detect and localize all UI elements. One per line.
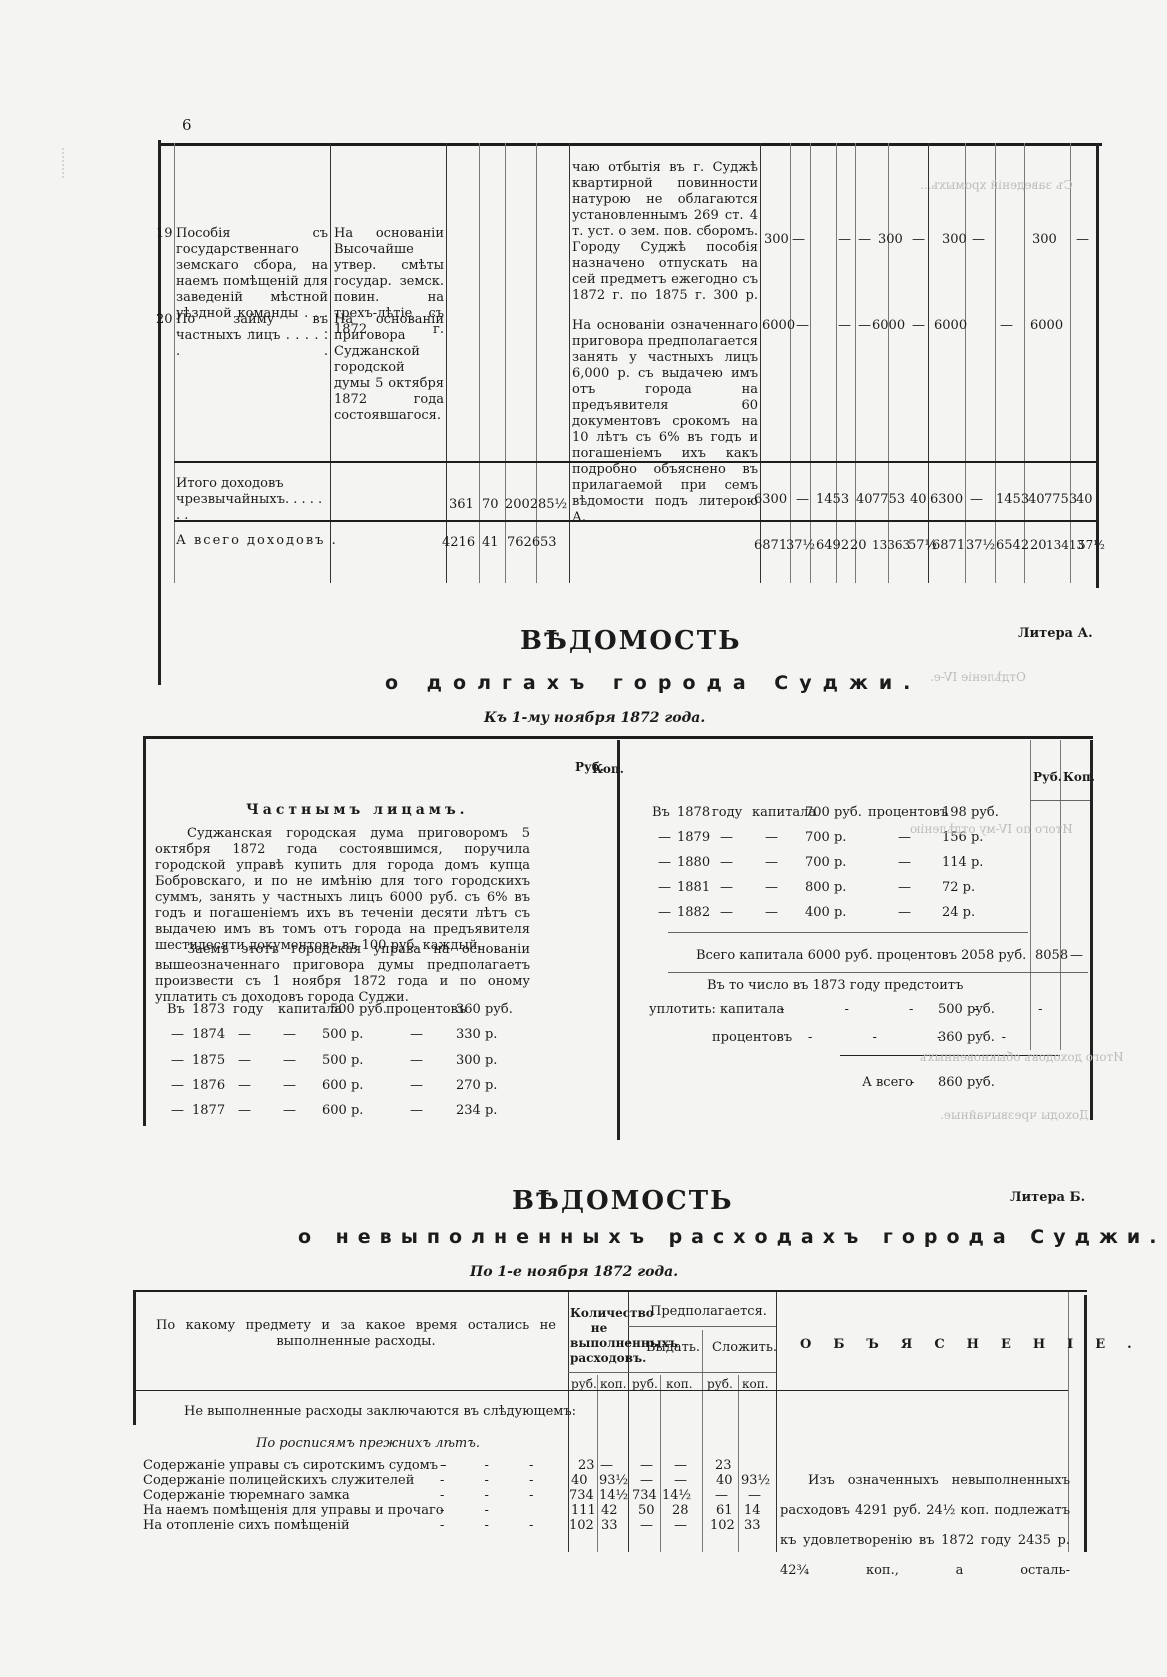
total-value: 2002 [505, 497, 538, 512]
schedule-interest: 330 р. [456, 1027, 497, 1043]
schedule-year: 1875 [192, 1053, 225, 1069]
bleedthrough-text: Отдѣленіе IV-е. [930, 670, 1026, 684]
cell-value: — [858, 318, 871, 333]
schedule-prefix: — [171, 1078, 184, 1094]
schedule-prefix: — [171, 1053, 184, 1069]
statement-date: По 1-е ноября 1872 года. [470, 1264, 678, 1280]
total-value: 85½ [538, 497, 567, 512]
schedule-word: — [410, 1027, 423, 1043]
cell-value: — [858, 232, 871, 247]
cell-value: 6000 [1030, 318, 1063, 333]
row-number: 19 [156, 226, 173, 242]
schedule-capital: 700 р. [805, 830, 846, 846]
cell-value: — [600, 1458, 613, 1473]
total-value: — [796, 492, 809, 507]
schedule-word: процентовъ [386, 1002, 466, 1018]
cell-value: 111 [571, 1503, 596, 1518]
total-rub: 8058 [1035, 948, 1068, 964]
schedule-word: процентовъ [868, 805, 948, 821]
row-basis: На основаніи приговора Суджанской городс… [334, 312, 444, 424]
expense-row-label: На наемъ помѣщенія для управы и прочаго [143, 1503, 444, 1519]
schedule-word: — [238, 1078, 251, 1094]
expense-row-label: Содержаніе управы съ сиротскимъ судомъ - [143, 1458, 447, 1474]
schedule-prefix: — [658, 905, 671, 921]
total-value: 6542 [996, 538, 1029, 553]
total-value: 6492 [816, 538, 849, 553]
schedule-prefix: — [658, 830, 671, 846]
col-kop: коп. [600, 1377, 627, 1392]
schedule-word: — [765, 830, 778, 846]
col-planned-header: Предполагается. [650, 1304, 767, 1320]
cell-value: 93½ [599, 1473, 628, 1488]
schedule-year: 1879 [677, 830, 710, 846]
total-extraordinary-label: Итого доходовъ чрезвычайныхъ. . . . . . … [176, 476, 326, 524]
total-value: 6871 [754, 538, 787, 553]
col-rub: Руб. [1033, 770, 1062, 785]
schedule-word: — [238, 1027, 251, 1043]
schedule-word: — [283, 1053, 296, 1069]
schedule-prefix: — [658, 880, 671, 896]
total-value: 40 [1028, 492, 1045, 507]
total-value: 6300 [754, 492, 787, 507]
grand-total-label: А всего доходовъ . [176, 533, 338, 549]
cell-value: — [972, 232, 985, 247]
cell-value: 300 [878, 232, 903, 247]
cell-value: — [838, 318, 851, 333]
schedule-word: — [720, 880, 733, 896]
schedule-word: — [720, 830, 733, 846]
cell-value: — [640, 1518, 653, 1533]
schedule-year: 1873 [192, 1002, 225, 1018]
loan-paragraph-1: Суджанская городская дума приговоромъ 5 … [155, 826, 530, 954]
cell-value: 23 [578, 1458, 595, 1473]
literal-label: Литера Б. [1010, 1190, 1085, 1205]
schedule-capital: 400 р. [805, 905, 846, 921]
total-value: 70 [482, 497, 499, 512]
cell-value: — [674, 1518, 687, 1533]
cell-value: 300 [942, 232, 967, 247]
schedule-word: — [238, 1103, 251, 1119]
total-line: Всего капитала 6000 руб. процентовъ 2058… [696, 948, 1026, 964]
schedule-word: — [898, 905, 911, 921]
col-give-header: Выдать. [646, 1340, 700, 1356]
cell-value: 14½ [599, 1488, 628, 1503]
cell-value: — [674, 1473, 687, 1488]
bleedthrough-text: Съ заведеній хромыхъ... [920, 178, 1073, 192]
total-value: 4216 [442, 535, 475, 550]
schedule-interest: 72 р. [942, 880, 975, 896]
schedule-word: — [283, 1103, 296, 1119]
cell-value: — [792, 232, 805, 247]
cell-value: 40 [716, 1473, 733, 1488]
schedule-year: 1882 [677, 905, 710, 921]
total-value: 361 [449, 497, 474, 512]
schedule-prefix: Въ [167, 1002, 185, 1018]
schedule-word: — [765, 880, 778, 896]
schedule-capital: 500 р. [322, 1027, 363, 1043]
bleedthrough-text: Доходы чрезвычайные. [940, 1108, 1089, 1122]
pay-capital-value: 500 руб. [938, 1002, 995, 1018]
schedule-word: — [238, 1053, 251, 1069]
cell-value: — [1076, 232, 1089, 247]
schedule-capital: 500 р. [322, 1053, 363, 1069]
total-value: 13363 [872, 538, 910, 552]
total-value: 7753 [1044, 492, 1077, 507]
col-quantity-header: Количество не выполненныхъ расходовъ. [570, 1306, 628, 1366]
section-heading: По росписямъ прежнихъ лѣтъ. [256, 1436, 480, 1452]
total-value: 37½ [786, 538, 815, 553]
col-kop-left: Коп. [592, 762, 624, 777]
cell-value: 33 [601, 1518, 618, 1533]
col-rub: руб. [707, 1377, 733, 1392]
cell-value: 33 [744, 1518, 761, 1533]
col-rub: руб. [632, 1377, 658, 1392]
schedule-interest: 24 р. [942, 905, 975, 921]
schedule-year: 1876 [192, 1078, 225, 1094]
expense-row-label: На отопленіе сихъ помѣщеній [143, 1518, 350, 1534]
col-rub: руб. [571, 1377, 597, 1392]
schedule-word: — [765, 855, 778, 871]
schedule-word: году [712, 805, 742, 821]
cell-value: 300 [1032, 232, 1057, 247]
cell-value: — [796, 318, 809, 333]
schedule-capital: 600 р. [322, 1078, 363, 1094]
col-subject-header: По какому предмету и за какое время оста… [156, 1318, 556, 1350]
bleedthrough-text: Итого по IV-му отдѣленію [910, 822, 1073, 836]
col-kop: Коп. [1063, 770, 1095, 785]
schedule-word: — [898, 880, 911, 896]
schedule-capital: 500 руб. [330, 1002, 387, 1018]
section-heading: Частнымъ лицамъ. [246, 802, 469, 818]
total-value: 20 [1030, 538, 1047, 553]
pay-interest-label: процентовъ [712, 1030, 792, 1046]
col-kop: коп. [742, 1377, 769, 1392]
schedule-word: — [283, 1078, 296, 1094]
cell-value: 6000 [762, 318, 795, 333]
cell-value: 14 [744, 1503, 761, 1518]
loan-paragraph-2: Заемъ этотъ городская управа на основані… [155, 942, 530, 1006]
col-explanation-header: ОБЪЯСНЕНІЕ. [800, 1337, 1154, 1353]
schedule-word: — [720, 855, 733, 871]
cell-value: — [640, 1473, 653, 1488]
schedule-year: 1878 [677, 805, 710, 821]
schedule-capital: 600 р. [322, 1103, 363, 1119]
cell-value: 300 [764, 232, 789, 247]
cell-value: 40 [571, 1473, 588, 1488]
total-value: 20 [850, 538, 867, 553]
total-value: 1453 [816, 492, 849, 507]
cell-value: — [674, 1458, 687, 1473]
bleedthrough-text: Итого доходовъ обыкновенныхъ [920, 1050, 1124, 1064]
total-value: 6300 [930, 492, 963, 507]
schedule-word: — [410, 1103, 423, 1119]
grand-total-value: 860 руб. [938, 1075, 995, 1091]
total-value: 40 [910, 492, 927, 507]
total-value: 37½ [966, 538, 995, 553]
statement-subtitle: о долгахъ города Суджи. [385, 672, 921, 694]
total-value: 7753 [872, 492, 905, 507]
schedule-word: — [283, 1027, 296, 1043]
schedule-interest: 198 руб. [942, 805, 999, 821]
schedule-interest: 300 р. [456, 1053, 497, 1069]
total-value: — [970, 492, 983, 507]
schedule-capital: 700 р. [805, 855, 846, 871]
schedule-prefix: Въ [652, 805, 670, 821]
schedule-word: — [410, 1053, 423, 1069]
cell-value: 28 [672, 1503, 689, 1518]
schedule-year: 1877 [192, 1103, 225, 1119]
schedule-prefix: — [171, 1027, 184, 1043]
schedule-year: 1874 [192, 1027, 225, 1043]
cell-value: — [1000, 318, 1013, 333]
total-value: 40 [1076, 492, 1093, 507]
schedule-interest: 234 р. [456, 1103, 497, 1119]
row-note: чаю отбытія въ г. Суджѣ квартирной повин… [572, 160, 758, 304]
cell-value: 734 [632, 1488, 657, 1503]
total-value: 7626 [507, 535, 540, 550]
schedule-year: 1880 [677, 855, 710, 871]
expense-row-label: Содержаніе тюремнаго замка [143, 1488, 350, 1504]
schedule-word: году [233, 1002, 263, 1018]
literal-label: Литера А. [1018, 626, 1093, 641]
schedule-word: — [765, 905, 778, 921]
cell-value: — [748, 1488, 761, 1503]
total-kop: — [1070, 948, 1083, 964]
schedule-prefix: — [171, 1103, 184, 1119]
schedule-interest: 360 руб. [456, 1002, 513, 1018]
col-writeoff-header: Сложить. [712, 1340, 777, 1356]
total-value: 1453 [996, 492, 1029, 507]
cell-value: 42 [601, 1503, 618, 1518]
cell-value: 6000 [934, 318, 967, 333]
cell-value: — [912, 318, 925, 333]
cell-value: 6000 [872, 318, 905, 333]
col-kop: коп. [666, 1377, 693, 1392]
cell-value: 14½ [662, 1488, 691, 1503]
cell-value: 50 [638, 1503, 655, 1518]
cell-value: 23 [715, 1458, 732, 1473]
total-value: 57½ [1078, 538, 1105, 552]
margin-stamp [62, 148, 86, 178]
row-note: На основаніи означеннаго приговора предп… [572, 318, 758, 526]
statement-date: Къ 1-му ноября 1872 года. [484, 710, 705, 726]
cell-value: — [715, 1488, 728, 1503]
schedule-word: — [898, 855, 911, 871]
total-value: 6871 [932, 538, 965, 553]
intro-text: Не выполненные расходы заключаются въ сл… [184, 1404, 576, 1420]
document-page: 6 19 Пособія съ государственнаго земскаг… [0, 0, 1167, 1677]
schedule-prefix: — [658, 855, 671, 871]
pay-capital-label: уплотить: капитала [649, 1002, 784, 1018]
expense-row-label: Содержаніе полицейскихъ служителей [143, 1473, 414, 1489]
total-value: 53 [540, 535, 557, 550]
row-number: 20 [156, 312, 173, 328]
schedule-word: — [720, 905, 733, 921]
cell-value: 734 [569, 1488, 594, 1503]
schedule-capital: 700 руб. [805, 805, 862, 821]
row-subject: По займу въ частныхъ лицъ . . . . . . . [176, 312, 328, 360]
page-number: 6 [182, 116, 192, 134]
cell-value: — [838, 232, 851, 247]
total-value: 41 [482, 535, 499, 550]
grand-total-label: А всего [862, 1075, 913, 1091]
schedule-word: — [410, 1078, 423, 1094]
pay-interest-value: 360 руб. [938, 1030, 995, 1046]
statement-subtitle: о невыполненныхъ расходахъ города Суджи. [298, 1226, 1165, 1248]
cell-value: 61 [716, 1503, 733, 1518]
statement-title: ВѢДОМОСТЬ [520, 626, 742, 656]
statement-title: ВѢДОМОСТЬ [512, 1186, 734, 1216]
schedule-interest: 270 р. [456, 1078, 497, 1094]
explanation-text: Изъ означенныхъ невыполненныхъ расходовъ… [780, 1466, 1070, 1586]
cell-value: — [912, 232, 925, 247]
cell-value: — [640, 1458, 653, 1473]
schedule-capital: 800 р. [805, 880, 846, 896]
cell-value: 93½ [741, 1473, 770, 1488]
in-that-number: Въ то число въ 1873 году предстоитъ [707, 978, 963, 994]
cell-value: 102 [710, 1518, 735, 1533]
total-value: 40 [856, 492, 873, 507]
schedule-interest: 114 р. [942, 855, 983, 871]
schedule-year: 1881 [677, 880, 710, 896]
cell-value: 102 [569, 1518, 594, 1533]
